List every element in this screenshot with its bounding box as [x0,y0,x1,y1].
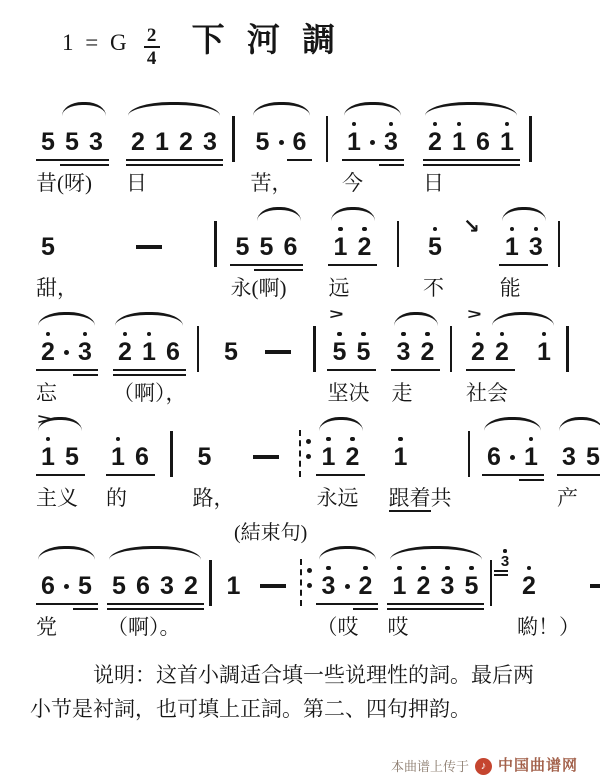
octave-dot [363,566,368,571]
lyric-text: 忘 [36,381,57,405]
notation: 1 [222,546,246,612]
notation: 32 [317,546,378,612]
note-cell: 5 [193,429,217,483]
note-cells: 2161 [423,114,519,168]
note-cell: 3 [524,219,548,273]
aug-dot [370,140,375,145]
token-dash [260,546,286,642]
notation [197,312,200,378]
notation [529,102,532,168]
octave-dot-zone [476,324,481,338]
note-cell: 5 [60,429,84,483]
beam-zone [581,471,600,483]
octave-dot-zone [147,324,152,338]
octave-dot-zone [397,558,402,572]
beam-zone [155,600,179,612]
barline [397,221,400,267]
beam-zone [60,156,84,168]
octave-dot-zone [425,324,430,338]
barline [214,221,217,267]
note-cell: 1 [388,558,412,612]
beam-zone [471,156,495,168]
lyric-text: 共 [431,486,452,510]
octave-dot-zone [46,324,51,338]
note-number: 3 [441,572,455,600]
lyric-text: 坚决 [328,381,370,405]
beam-line [107,603,132,606]
key-signature: 1 = G [62,26,130,60]
note-group: 23 [36,312,97,378]
note-cell: 5 [60,114,84,168]
note-number: 1 [155,128,169,156]
octave-dot-zone [326,558,331,572]
note-cells: 61 [482,429,543,483]
beam-line [379,164,404,167]
lyric-text: 能 [500,276,521,300]
note-cells: 16 [106,429,154,483]
note-number: 1 [142,338,156,366]
token-g: 23忘 [36,312,97,408]
notation: 16 [106,417,154,483]
note-number: 2 [471,338,485,366]
beam-line [557,474,582,477]
notation: 55> [328,312,376,378]
octave-dot-zone [500,324,505,338]
note-cell: 1 [150,114,174,168]
beam-line [60,159,85,162]
beam-zone [379,156,403,168]
beam-line [254,269,279,272]
note-cell: 2 [179,558,203,612]
lyric: 昔(呀) [36,168,92,198]
slur-arc [344,102,401,116]
note-group: 12 [329,207,377,273]
token-g: 553昔(呀) [36,102,108,198]
note-cell: 5 [73,558,97,612]
beam-zone [231,261,255,273]
lyric: 甜， [36,273,78,303]
notation [299,417,311,483]
note-number: 5 [586,443,600,471]
repeat-dot [307,583,312,588]
beam-line [36,369,61,372]
beam-line [73,603,98,606]
token-g: 15>主义 [36,417,84,513]
note-number: 2 [358,233,372,261]
note-group: 32 [392,312,440,378]
token-g: 2喲！） [517,546,580,642]
token-g: 5不 [423,207,447,303]
note-group: 556 [231,207,303,273]
notation: 2123 [126,102,222,168]
beam-zone [495,156,519,168]
notation: 32 [392,312,440,378]
token-bar [197,312,200,408]
note-cell: 3 [392,324,416,378]
note-cell: 5 [352,324,376,378]
token-bar [529,102,532,198]
barline [326,116,329,162]
token-arr: ↘ [463,207,480,303]
beam-line [340,603,354,606]
notation [300,546,312,612]
slur-arc [484,417,541,431]
beam-zone [482,471,506,483]
note-number: 2 [421,338,435,366]
grace-beam [494,570,508,572]
token-dash [265,312,291,408]
beam-zone [198,156,222,168]
note-number: 3 [384,128,398,156]
beam-line [287,159,312,162]
beam-zone [106,471,130,483]
octave-dot-zone [123,324,128,338]
note-cell: 2 [36,324,60,378]
token-g: 1 [222,546,246,642]
octave-dot [529,437,534,442]
beam-zone [193,471,217,483]
notation [170,417,173,483]
slur-arc [394,312,438,326]
barline [468,431,471,477]
octave-dot [445,566,450,571]
duration-dash [136,245,162,249]
octave-dot [476,332,481,337]
note-group: 5 [193,417,217,483]
note-cell [60,558,73,612]
beam-zone [447,156,471,168]
augmentation-dot [64,572,69,600]
notation: 1 [389,417,413,483]
notation: 12 [317,417,365,483]
note-number: 2 [184,572,198,600]
token-dash [253,417,279,513]
lyric-text: 不 [423,276,444,300]
beam-zone [341,471,365,483]
slur-arc [425,102,517,116]
note-cell: 6 [288,114,312,168]
token-bar [326,102,329,198]
note-cell: 1 [519,429,543,483]
barline [566,326,569,372]
duration-dash [260,584,286,588]
note-number: 1 [524,443,538,471]
beam-zone [388,600,412,612]
token-bar [468,417,471,513]
note-number: 5 [260,233,274,261]
beam-zone [73,366,97,378]
octave-dot-zone [352,114,357,128]
note-number: 3 [203,128,217,156]
notation [326,102,329,168]
notation: 5632 [107,546,203,612]
footnote-line: 小节是衬詞，也可填上正詞。第二、四句押韵。 [30,692,574,726]
note-cell: 5 [231,219,255,273]
octave-dot [503,549,507,553]
note-cells: 32 [392,324,440,378]
note-group: 2123 [126,102,222,168]
barline [170,431,173,477]
note-cell [506,429,519,483]
repeat-start [300,559,312,606]
note-group: 61 [482,417,543,483]
note-group: 5 [36,207,60,273]
token-g: 556永(啊) [231,207,303,303]
notation: 5 [193,417,217,483]
beam-zone [60,471,84,483]
beam-zone [557,471,581,483]
note-number: 1 [505,233,519,261]
note-cell: 5 [328,324,352,378]
note-cell: 6 [471,114,495,168]
token-g: 2161日 [423,102,519,198]
beam-line [137,374,162,377]
note-group: 221> [466,312,556,378]
beam-line [411,608,436,611]
beam-zone [126,156,150,168]
notation: 5 [219,312,243,378]
beam-line [161,369,186,372]
notation [136,207,162,273]
note-cell: 1 [500,219,524,273]
notation: 3 [495,546,515,612]
token-g: 221>社会 [466,312,556,408]
slur-arc [502,207,546,221]
beam-zone [436,600,460,612]
octave-dot-zone [326,429,331,443]
note-cell: 5 [251,114,275,168]
beam-line [131,603,156,606]
beam-line [495,159,520,162]
lyric-text: 日 [423,171,444,195]
note-cells: 553 [36,114,108,168]
lyric: （啊）。 [107,612,181,642]
lyric: （哎 [317,612,359,642]
dashed-barline [299,430,301,477]
beam-line [73,608,98,611]
notation [214,207,217,273]
note-cell: 3 [198,114,222,168]
barline [450,326,453,372]
octave-dot-zone [421,558,426,572]
lyric: 不 [423,273,444,303]
octave-dot-zone [510,219,515,233]
lyric: 走 [392,378,413,408]
token-bar [450,312,453,408]
note-cell: 1 [342,114,366,168]
notation: 13 [342,102,403,168]
note-cell: 5 [36,114,60,168]
token-g: 1跟着共 [389,417,452,513]
octave-dot [123,332,128,337]
note-number: 6 [166,338,180,366]
token-g: 35产 [557,417,600,513]
note-number: 1 [537,338,551,366]
lyric-text: 主义 [36,486,78,510]
beam-line [466,369,491,372]
octave-dot [147,332,152,337]
note-cell: 3 [557,429,581,483]
note-cells: 12 [329,219,377,273]
beam-line [113,369,138,372]
beam-line [174,159,199,162]
beam-line [459,608,484,611]
note-cell: 6 [482,429,506,483]
note-number: 5 [112,572,126,600]
beam-zone [506,471,519,483]
aug-dot [345,584,350,589]
token-g: 216（啊）， [113,312,187,408]
dashed-barline [300,559,302,606]
octave-dot-zone [362,219,367,233]
repeat-dot [307,568,312,573]
beam-zone [342,156,366,168]
duration-dash [265,350,291,354]
beam-zone [60,366,73,378]
lyric-text: （哎 [317,615,359,639]
beam-zone [161,366,185,378]
notation: 2 [517,546,541,612]
note-cell: 1 [222,558,246,612]
note-cell: 2 [423,114,447,168]
beam-zone [466,366,490,378]
notation [209,546,212,612]
notation [265,312,291,378]
grace-beam [494,574,508,576]
barline [209,560,212,606]
beam-line [391,369,416,372]
notation: 553 [36,102,108,168]
octave-dot [398,437,403,442]
octave-dot [83,332,88,337]
barline [558,221,561,267]
octave-dot-zone [363,558,368,572]
beam-line [328,264,353,267]
slur-arc [109,546,201,560]
beam-line [198,164,223,167]
note-cells: 556 [231,219,303,273]
duration-dash [590,584,600,588]
beam-zone [179,600,203,612]
beam-zone [288,156,312,168]
lyric-text: 产 [557,486,578,510]
notation: 61 [482,417,543,483]
aug-dot [510,455,515,460]
beam-line [387,603,412,606]
footer-upload-text: 本曲谱上传于 [391,759,469,775]
lyric-text: 苦， [251,171,293,195]
beam-line [155,608,180,611]
beam-line [161,374,186,377]
octave-dot-zone [116,429,121,443]
octave-dot-zone [445,558,450,572]
note-cell: 3 [155,558,179,612]
note-group: 216 [113,312,185,378]
note-cells: 1 [389,429,413,483]
octave-dot-zone [389,114,394,128]
lyric-text: 永(啊) [231,276,287,300]
note-number: 2 [428,128,442,156]
slur-arc [62,102,106,116]
lyric: 日 [126,168,147,198]
beam-zone [222,600,246,612]
note-group: 1 [222,546,246,612]
note-cell: 2 [517,558,541,612]
note-group: 12 [317,417,365,483]
beam-zone [490,366,514,378]
note-number: 5 [357,338,371,366]
repeat-dot [306,454,311,459]
beam-zone [60,600,73,612]
note-number: 5 [65,128,79,156]
beam-line [113,374,138,377]
music-system: 15>主义16的5路，12永远1跟着共6135产 [36,417,600,513]
beam-zone [219,366,243,378]
section-label: (結束句) [234,522,600,544]
grace-note: 3 [495,549,515,576]
beam-zone [150,156,174,168]
note-cell: 6 [161,324,185,378]
beam-line [353,608,378,611]
octave-dot [457,122,462,127]
notation [490,546,493,612]
notation: 13 [500,207,548,273]
token-g: 1235哎 [388,546,484,642]
lyric: 永远 [317,483,359,513]
notation: 221> [466,312,556,378]
beam-line [60,369,74,372]
note-cells: 5 [219,324,243,378]
note-cells: 23 [36,324,97,378]
notation: 12 [329,207,377,273]
note-cell: 6 [279,219,303,273]
beam-line [423,159,448,162]
token-g: 5甜， [36,207,78,303]
beam-line [435,608,460,611]
octave-dot [116,437,121,442]
token-bar [209,546,212,642]
notation [313,312,316,378]
repeat-dot [306,439,311,444]
octave-dot [361,332,366,337]
lyric: 哎 [388,612,409,642]
beam-zone [84,156,108,168]
note-group: 16 [106,417,154,483]
duration-dash [253,455,279,459]
beam-line [471,164,496,167]
lyric-text: 远 [329,276,350,300]
meter-numerator: 2 [147,26,157,45]
note-cell: 2 [174,114,198,168]
note-group: 5632 [107,546,203,612]
beam-line [506,474,520,477]
note-cell [60,324,73,378]
beam-zone [524,261,548,273]
note-number: 1 [500,128,514,156]
token-bar [490,546,493,642]
note-number: 2 [495,338,509,366]
notation: 15> [36,417,84,483]
note-cell: 5 [255,219,279,273]
note-cells: 5632 [107,558,203,612]
watermark-footer: 本曲谱上传于 ♪ 中国曲谱网 [391,758,578,775]
note-cells: 13 [500,219,548,273]
lyric: （啊）， [113,378,187,408]
beam-line [126,159,151,162]
slur-arc [319,546,376,560]
augmentation-dot [279,128,284,156]
note-cells: 221 [466,324,556,378]
